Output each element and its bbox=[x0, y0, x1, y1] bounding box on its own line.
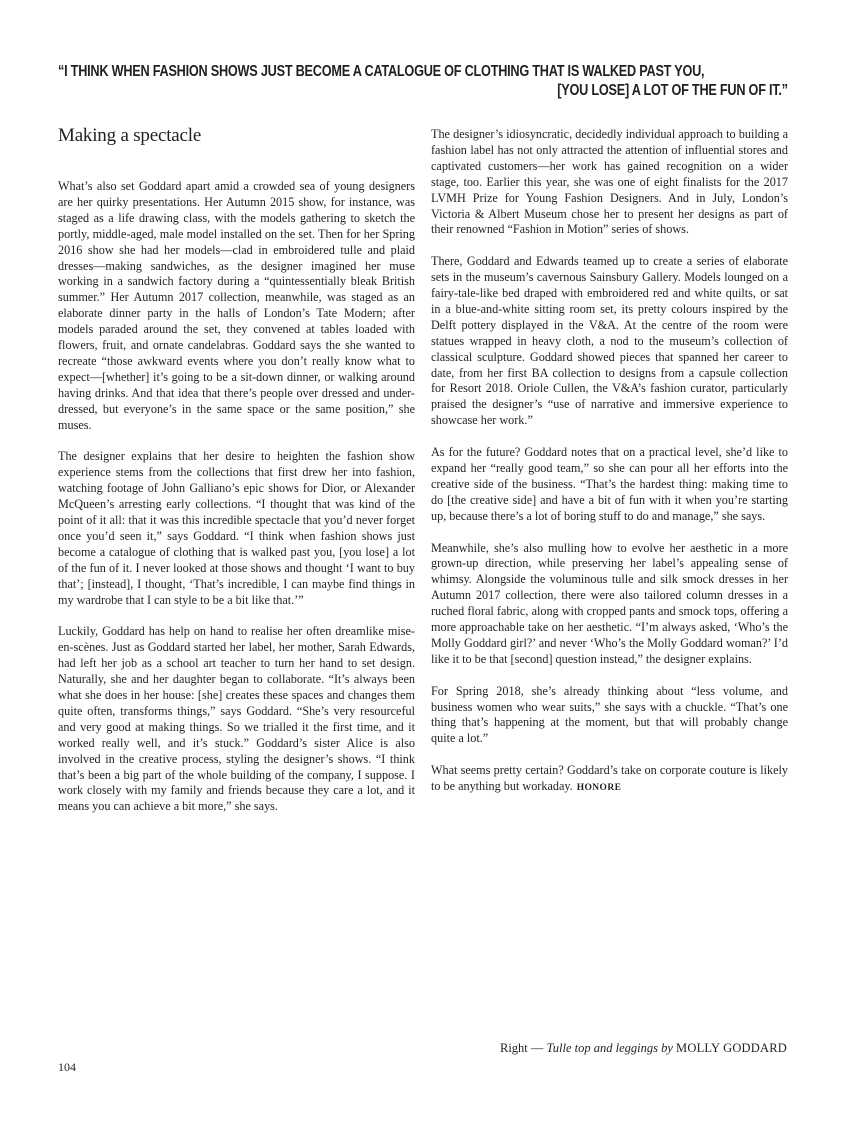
caption-lead: Right — bbox=[500, 1041, 547, 1055]
body-paragraph: Meanwhile, she’s also mulling how to evo… bbox=[431, 541, 788, 668]
pull-quote-line-2: [you lose] a lot of the fun of it.” bbox=[58, 81, 788, 100]
pull-quote-line-1: “I think when fashion shows just become … bbox=[58, 62, 657, 81]
caption-description: Tulle top and leggings by bbox=[547, 1041, 677, 1055]
final-paragraph: What seems pretty certain? Goddard’s tak… bbox=[431, 763, 788, 797]
author-signoff: HONORE bbox=[577, 783, 622, 793]
body-paragraph: As for the future? Goddard notes that on… bbox=[431, 445, 788, 525]
left-column: Making a spectacle What’s also set Godda… bbox=[58, 124, 415, 831]
body-paragraph: There, Goddard and Edwards teamed up to … bbox=[431, 254, 788, 429]
photo-caption: Right — Tulle top and leggings by MOLLY … bbox=[500, 1041, 787, 1056]
section-heading: Making a spectacle bbox=[58, 124, 415, 148]
body-paragraph: The designer explains that her desire to… bbox=[58, 449, 415, 608]
right-column: The designer’s idiosyncratic, decidedly … bbox=[431, 127, 788, 813]
body-paragraph: For Spring 2018, she’s already thinking … bbox=[431, 684, 788, 748]
body-paragraph: What’s also set Goddard apart amid a cro… bbox=[58, 179, 415, 434]
page-number: 104 bbox=[58, 1060, 76, 1075]
body-paragraph: The designer’s idiosyncratic, decidedly … bbox=[431, 127, 788, 238]
body-paragraph: Luckily, Goddard has help on hand to rea… bbox=[58, 624, 415, 815]
caption-designer-name: MOLLY GODDARD bbox=[676, 1041, 787, 1055]
pull-quote: “I think when fashion shows just become … bbox=[58, 62, 657, 100]
